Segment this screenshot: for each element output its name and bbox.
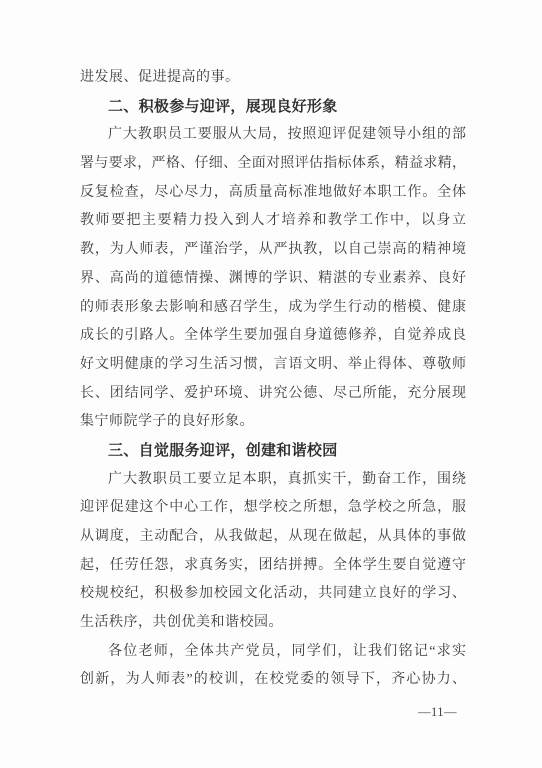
body-line: 各位老师，全体共产党员，同学们，让我们铭记“求实 — [80, 638, 466, 667]
body-line: 界、高尚的道德情操、渊博的学识、精湛的专业素养、良好 — [80, 265, 466, 294]
body-line: 教师要把主要精力投入到人才培养和教学工作中，以身立 — [80, 207, 466, 236]
body-line: 广大教职员工要立足本职，真抓实干，勤奋工作，围绕 — [80, 466, 466, 495]
body-line: 进发展、促进提高的事。 — [80, 64, 466, 93]
body-line: 教，为人师表，严谨治学，从严执教，以自己崇高的精神境 — [80, 236, 466, 265]
body-line: 生活秩序，共创优美和谐校园。 — [80, 609, 466, 638]
body-line: 署与要求，严格、仔细、全面对照评估指标体系，精益求精， — [80, 150, 466, 179]
body-line: 校规校纪，积极参加校园文化活动，共同建立良好的学习、 — [80, 580, 466, 609]
body-line: 好文明健康的学习生活习惯，言语文明、举止得体、尊敬师 — [80, 351, 466, 380]
body-line: 起，任劳任怨，求真务实，团结拼搏。全体学生要自觉遵守 — [80, 552, 466, 581]
page-number: —11— — [418, 705, 457, 720]
body-line: 反复检查，尽心尽力，高质量高标准地做好本职工作。全体 — [80, 179, 466, 208]
body-line: 成长的引路人。全体学生要加强自身道德修养，自觉养成良 — [80, 322, 466, 351]
body-line: 迎评促建这个中心工作，想学校之所想，急学校之所急，服 — [80, 494, 466, 523]
body-line: 创新，为人师表”的校训，在校党委的领导下，齐心协力、 — [80, 666, 466, 695]
document-page: 进发展、促进提高的事。 二、积极参与迎评，展现良好形象 广大教职员工要服从大局，… — [0, 0, 542, 768]
body-line: 广大教职员工要服从大局，按照迎评促建领导小组的部 — [80, 121, 466, 150]
body-line: 长、团结同学、爱护环境、讲究公德、尽己所能，充分展现 — [80, 380, 466, 409]
body-line: 的师表形象去影响和感召学生，成为学生行动的楷模、健康 — [80, 294, 466, 323]
body-line: 从调度，主动配合，从我做起，从现在做起，从具体的事做 — [80, 523, 466, 552]
section-heading-2: 二、积极参与迎评，展现良好形象 — [80, 93, 466, 122]
section-heading-3: 三、自觉服务迎评，创建和谐校园 — [80, 437, 466, 466]
body-line: 集宁师院学子的良好形象。 — [80, 408, 466, 437]
document-body: 进发展、促进提高的事。 二、积极参与迎评，展现良好形象 广大教职员工要服从大局，… — [80, 64, 466, 695]
